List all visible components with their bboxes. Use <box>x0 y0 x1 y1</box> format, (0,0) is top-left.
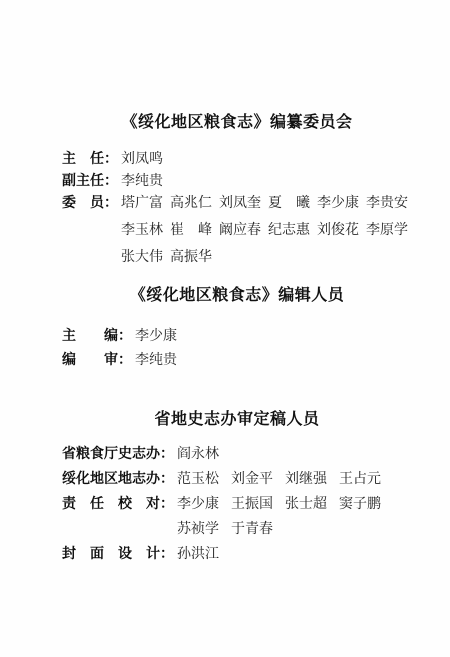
section-title: 《绥化地区粮食志》编辑人员 <box>62 285 412 305</box>
name-list: 塔广富 高兆仁 刘凤奎 夏 曦 李少康 李贵安 李玉林 崔 峰 阚应春 纪志惠 … <box>121 195 408 266</box>
person-name: 苏祯学 <box>177 521 219 538</box>
name-line: 塔广富 高兆仁 刘凤奎 夏 曦 李少康 李贵安 <box>121 195 408 212</box>
label-colon: ： <box>160 446 174 463</box>
name-list: 李少康 <box>135 328 177 345</box>
name-line: 孙洪江 <box>177 546 219 563</box>
section-editorial-staff: 《绥化地区粮食志》编辑人员 主 编： 李少康 编 审： 李纯贵 <box>62 285 412 376</box>
section-compilation-committee: 《绥化地区粮食志》编纂委员会 主 任： 刘凤鸣 副主任： 李纯贵 委 员： 塔广… <box>62 112 412 271</box>
label-colon: ： <box>104 151 118 168</box>
name-list: 阎永林 <box>177 446 219 463</box>
section-title: 《绥化地区粮食志》编纂委员会 <box>62 112 412 132</box>
row-editorial-reviewer: 编 审： 李纯贵 <box>62 352 412 369</box>
person-name: 高兆仁 <box>170 195 212 212</box>
row-label: 责 任 校 对 <box>62 496 160 513</box>
label-colon: ： <box>118 328 132 345</box>
person-name: 刘金平 <box>231 471 273 488</box>
row-members: 委 员： 塔广富 高兆仁 刘凤奎 夏 曦 李少康 李贵安 李玉林 崔 峰 阚应春… <box>62 195 412 266</box>
name-list: 范玉松 刘金平 刘继强 王占元 <box>177 471 381 488</box>
person-name: 刘凤奎 <box>219 195 261 212</box>
name-line: 李纯贵 <box>135 352 177 369</box>
row-label: 副主任 <box>62 173 104 190</box>
label-colon: ： <box>160 471 174 488</box>
label-colon: ： <box>104 195 118 212</box>
person-name: 张大伟 <box>121 249 163 266</box>
row-suihua-regional-office: 绥化地区地志办： 范玉松 刘金平 刘继强 王占元 <box>62 471 412 488</box>
person-name: 夏 曦 <box>268 195 310 212</box>
person-name: 刘继强 <box>285 471 327 488</box>
row-director: 主 任： 刘凤鸣 <box>62 151 412 168</box>
person-name: 塔广富 <box>121 195 163 212</box>
row-proofreaders: 责 任 校 对： 李少康 王振国 张士超 窦子鹏 苏祯学 于青春 <box>62 496 412 538</box>
name-line: 阎永林 <box>177 446 219 463</box>
name-line: 张大伟 高振华 <box>121 249 408 266</box>
row-provincial-grain-office: 省粮食厅史志办： 阎永林 <box>62 446 412 463</box>
row-label: 绥化地区地志办 <box>62 471 160 488</box>
person-name: 李少康 <box>135 328 177 345</box>
label-colon: ： <box>160 496 174 513</box>
name-line: 苏祯学 于青春 <box>177 521 381 538</box>
person-name: 李纯贵 <box>135 352 177 369</box>
person-name: 阚应春 <box>219 222 261 239</box>
name-list: 刘凤鸣 <box>121 151 163 168</box>
person-name: 纪志惠 <box>268 222 310 239</box>
person-name: 孙洪江 <box>177 546 219 563</box>
person-name: 王占元 <box>339 471 381 488</box>
person-name: 李贵安 <box>366 195 408 212</box>
name-list: 李纯贵 <box>121 173 163 190</box>
row-label: 封 面 设 计 <box>62 546 160 563</box>
person-name: 张士超 <box>285 496 327 513</box>
person-name: 刘凤鸣 <box>121 151 163 168</box>
row-label: 编 审 <box>62 352 118 369</box>
row-label: 主 任 <box>62 151 104 168</box>
person-name: 李少康 <box>317 195 359 212</box>
row-label: 主 编 <box>62 328 118 345</box>
document-page: 《绥化地区粮食志》编纂委员会 主 任： 刘凤鸣 副主任： 李纯贵 委 员： 塔广… <box>0 0 450 657</box>
person-name: 范玉松 <box>177 471 219 488</box>
person-name: 李玉林 <box>121 222 163 239</box>
section-review-staff: 省地史志办审定稿人员 省粮食厅史志办： 阎永林 绥化地区地志办： 范玉松 刘金平… <box>62 409 412 571</box>
person-name: 刘俊花 <box>317 222 359 239</box>
name-line: 范玉松 刘金平 刘继强 王占元 <box>177 471 381 488</box>
person-name: 于青春 <box>231 521 273 538</box>
row-label: 委 员 <box>62 195 104 212</box>
name-line: 刘凤鸣 <box>121 151 163 168</box>
person-name: 李纯贵 <box>121 173 163 190</box>
name-line: 李少康 王振国 张士超 窦子鹏 <box>177 496 381 513</box>
section-title: 省地史志办审定稿人员 <box>62 409 412 429</box>
row-deputy-director: 副主任： 李纯贵 <box>62 173 412 190</box>
label-colon: ： <box>104 173 118 190</box>
person-name: 李原学 <box>366 222 408 239</box>
person-name: 窦子鹏 <box>339 496 381 513</box>
label-colon: ： <box>160 546 174 563</box>
person-name: 王振国 <box>231 496 273 513</box>
person-name: 崔 峰 <box>170 222 212 239</box>
name-line: 李纯贵 <box>121 173 163 190</box>
person-name: 李少康 <box>177 496 219 513</box>
label-colon: ： <box>118 352 132 369</box>
row-chief-editor: 主 编： 李少康 <box>62 328 412 345</box>
name-line: 李少康 <box>135 328 177 345</box>
row-cover-design: 封 面 设 计： 孙洪江 <box>62 546 412 563</box>
name-list: 李纯贵 <box>135 352 177 369</box>
person-name: 阎永林 <box>177 446 219 463</box>
name-list: 李少康 王振国 张士超 窦子鹏 苏祯学 于青春 <box>177 496 381 538</box>
person-name: 高振华 <box>170 249 212 266</box>
row-label: 省粮食厅史志办 <box>62 446 160 463</box>
name-line: 李玉林 崔 峰 阚应春 纪志惠 刘俊花 李原学 <box>121 222 408 239</box>
name-list: 孙洪江 <box>177 546 219 563</box>
